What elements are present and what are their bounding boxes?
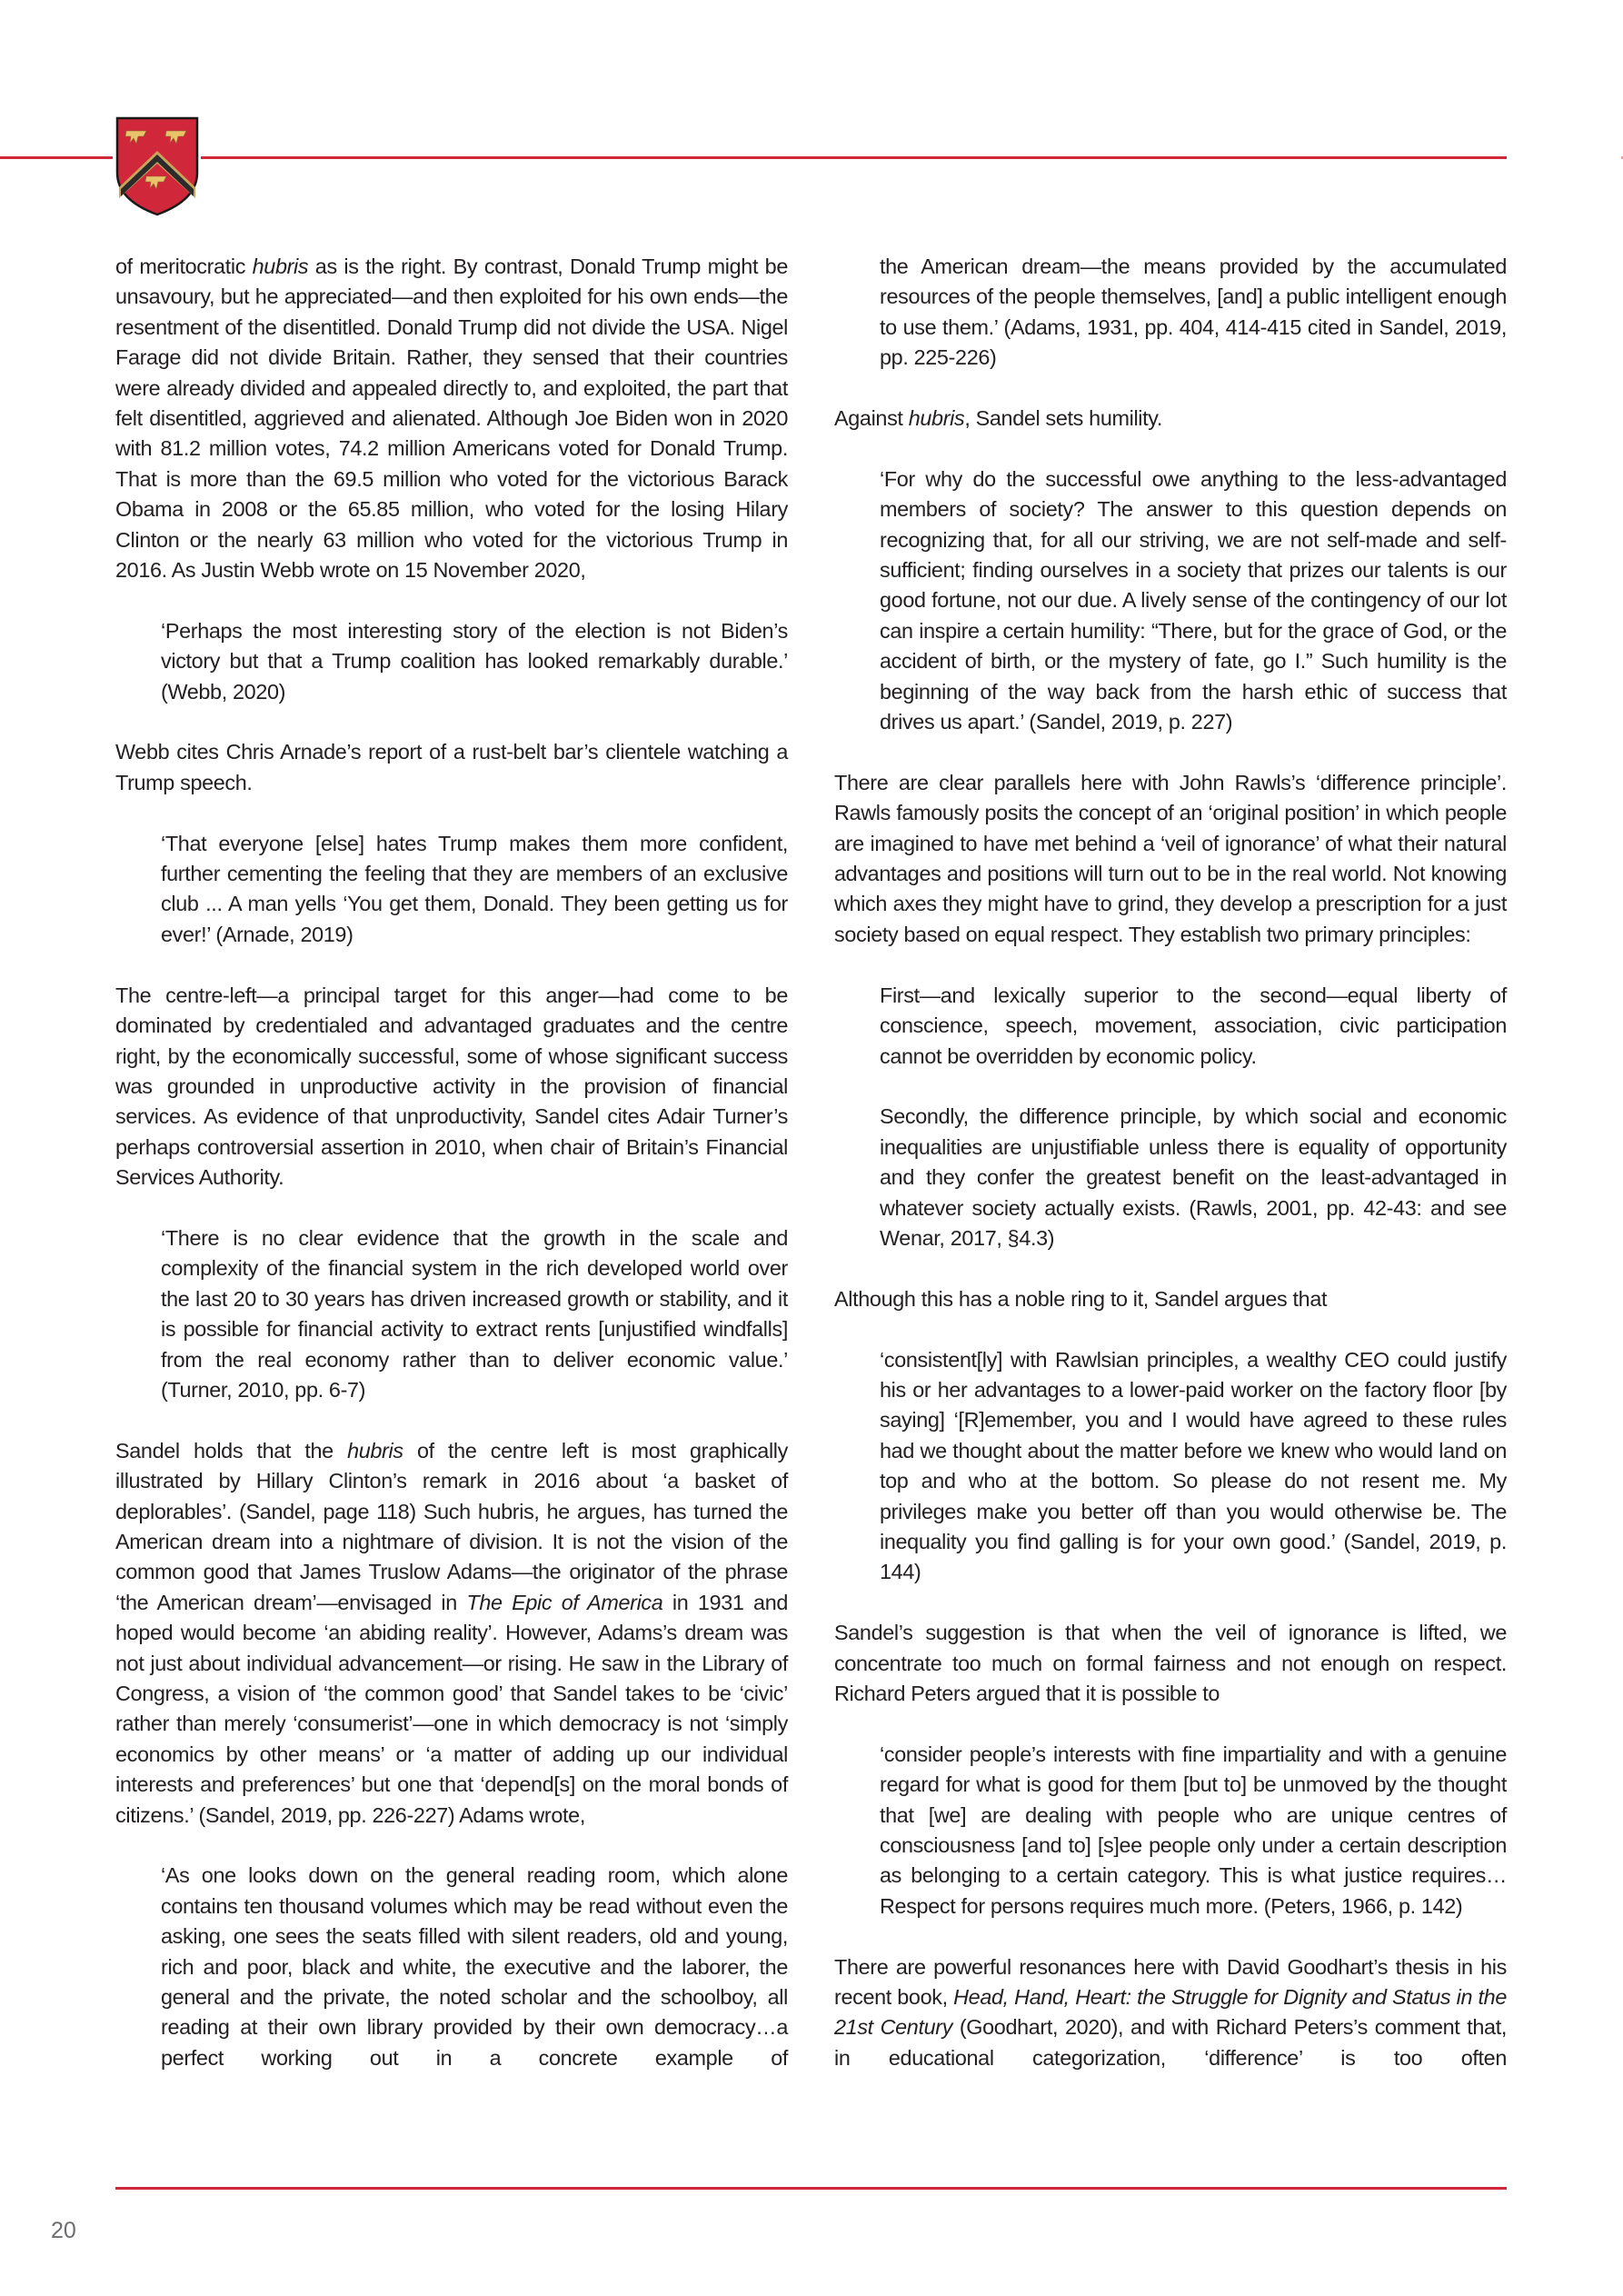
block-quote-sandel-ceo: ‘consistent[ly] with Rawlsian principles…	[880, 1345, 1507, 1588]
body-paragraph: Sandel’s suggestion is that when the vei…	[834, 1618, 1507, 1709]
block-quote-peters: ‘consider people’s interests with fine i…	[880, 1740, 1507, 1922]
body-paragraph: Against hubris, Sandel sets humility.	[834, 404, 1507, 434]
left-column: of meritocratic hubris as is the right. …	[115, 252, 788, 2104]
body-paragraph: Although this has a noble ring to it, Sa…	[834, 1284, 1507, 1314]
footer-rule	[115, 2187, 1507, 2190]
block-quote-webb: ‘Perhaps the most interesting story of t…	[161, 616, 788, 707]
body-paragraph: There are powerful resonances here with …	[834, 1952, 1507, 2074]
header-rule-right	[201, 156, 1507, 159]
block-quote-rawls-difference-principle: Secondly, the difference principle, by w…	[880, 1102, 1507, 1253]
block-quote-adams: ‘As one looks down on the general readin…	[161, 1861, 788, 2073]
block-quote-turner: ‘There is no clear evidence that the gro…	[161, 1223, 788, 1405]
body-paragraph: There are clear parallels here with John…	[834, 768, 1507, 950]
block-quote-sandel-humility: ‘For why do the successful owe anything …	[880, 464, 1507, 738]
body-paragraph: of meritocratic hubris as is the right. …	[115, 252, 788, 585]
block-quote-adams-continued: the American dream—the means provided by…	[880, 252, 1507, 374]
page-number: 20	[51, 2218, 76, 2244]
body-paragraph: The centre-left—a principal target for t…	[115, 981, 788, 1193]
block-quote-rawls-first-principle: First—and lexically superior to the seco…	[880, 981, 1507, 1072]
body-paragraph: Sandel holds that the hubris of the cent…	[115, 1436, 788, 1831]
right-column: the American dream—the means provided by…	[834, 252, 1507, 2104]
body-paragraph: Webb cites Chris Arnade’s report of a ru…	[115, 737, 788, 798]
block-quote-arnade: ‘That everyone [else] hates Trump makes …	[161, 829, 788, 951]
header-rule-left	[0, 156, 113, 159]
college-crest-shield-icon	[115, 116, 199, 216]
